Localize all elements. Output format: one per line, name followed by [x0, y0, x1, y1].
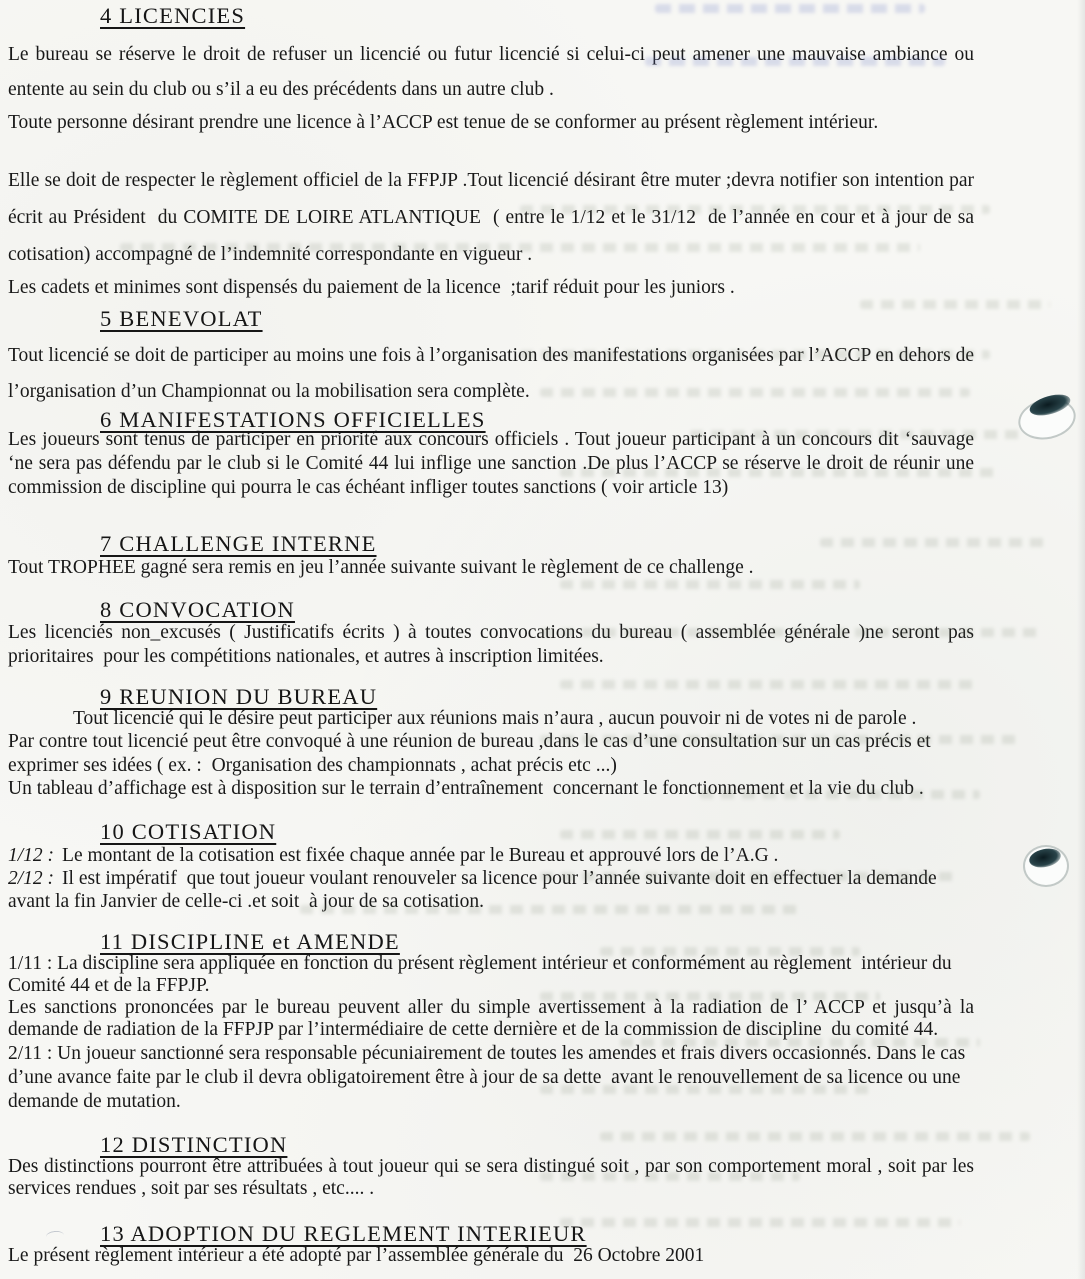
section-heading-13-adoption: 13 ADOPTION DU REGLEMENT INTERIEUR [100, 1221, 587, 1247]
bleed-through-artifact [560, 1218, 960, 1227]
bleed-through-artifact [655, 4, 925, 13]
section-heading-11-discipline: 11 DISCIPLINE et AMENDE [100, 929, 400, 955]
bleed-through-artifact [820, 538, 1050, 547]
paragraph: Les joueurs sont tenus de participer en … [8, 428, 974, 500]
paragraph: Les cadets et minimes sont dispensés du … [8, 270, 974, 305]
rule-item-label: 2/12 : [8, 868, 54, 889]
section-heading-4-licencies: 4 LICENCIES [100, 3, 245, 29]
rule-item: 1/12 :Le montant de la cotisation est fi… [8, 844, 974, 867]
pencil-squiggle-artifact [46, 1230, 65, 1242]
paragraph: Les sanctions prononcées par le bureau p… [8, 997, 974, 1041]
section-heading-8-convocation: 8 CONVOCATION [100, 597, 295, 623]
paragraph: Le bureau se réserve le droit de refuser… [8, 37, 974, 107]
section-heading-12-distinction: 12 DISTINCTION [100, 1132, 287, 1158]
tear-hole-artifact [1018, 840, 1074, 890]
tear-hole-artifact [1012, 390, 1082, 442]
bleed-through-artifact [600, 1132, 1030, 1141]
section-heading-5-benevolat: 5 BENEVOLAT [100, 306, 263, 332]
paragraph: Elle se doit de respecter le règlement o… [8, 162, 974, 273]
paragraph: Tout licencié qui le désire peut partici… [8, 707, 974, 730]
rule-item: 2/12 :Il est impératif que tout joueur v… [8, 867, 974, 913]
bleed-through-artifact [560, 830, 840, 839]
rule-item-label: 1/12 : [8, 845, 54, 866]
paragraph: Tout licencié se doit de participer au m… [8, 338, 974, 410]
rule-item-text: Il est impératif que tout joueur voulant… [8, 868, 942, 912]
paragraph: Par contre tout licencié peut être convo… [8, 730, 974, 778]
paragraph: Des distinctions pourront être attribuée… [8, 1156, 974, 1200]
paragraph: 1/11 : La discipline sera appliquée en f… [8, 953, 974, 997]
paragraph: Les licenciés non_excusés ( Justificatif… [8, 621, 974, 669]
section-heading-7-challenge: 7 CHALLENGE INTERNE [100, 531, 377, 557]
paragraph: Toute personne désirant prendre une lice… [8, 105, 974, 140]
section-heading-10-cotisation: 10 COTISATION [100, 819, 276, 845]
paragraph: Tout TROPHEE gagné sera remis en jeu l’a… [8, 556, 974, 580]
bleed-through-artifact [560, 680, 980, 689]
paragraph: Le présent règlement intérieur a été ado… [8, 1245, 974, 1267]
paragraph: 2/11 : Un joueur sanctionné sera respons… [8, 1042, 974, 1114]
rule-item-text: Le montant de la cotisation est fixée ch… [62, 845, 778, 866]
bleed-through-artifact [560, 580, 860, 589]
paragraph: Un tableau d’affichage est à disposition… [8, 777, 974, 800]
scanned-document-page: 4 LICENCIES Le bureau se réserve le droi… [0, 0, 1085, 1279]
